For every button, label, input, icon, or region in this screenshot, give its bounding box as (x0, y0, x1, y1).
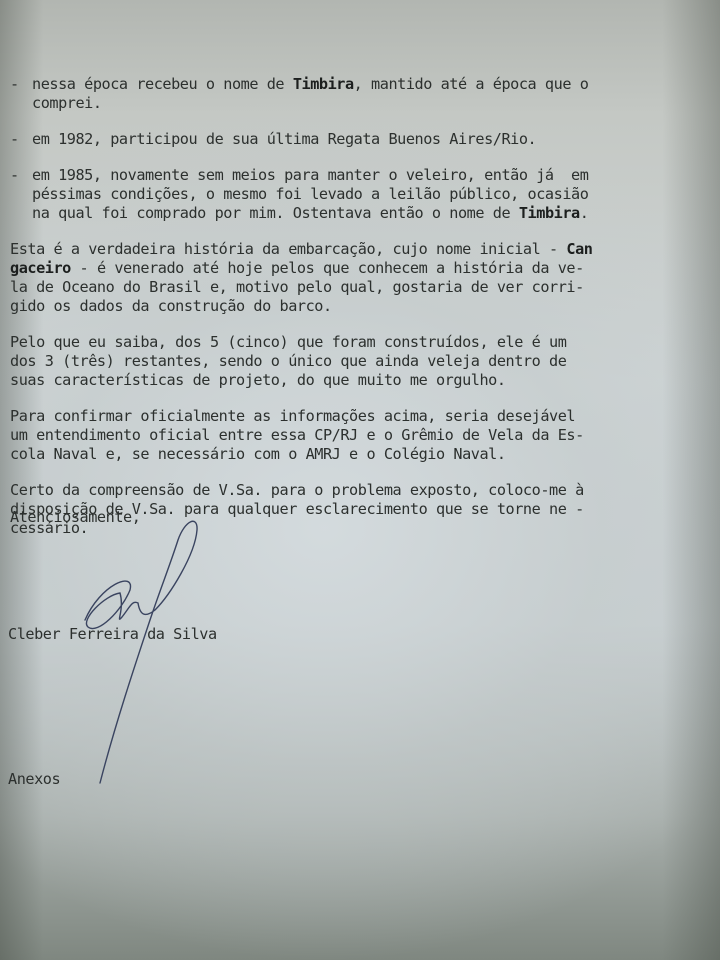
paragraph: Para confirmar oficialmente as informaçõ… (10, 407, 700, 464)
paragraph-list: Esta é a verdadeira história da embarcaç… (10, 240, 700, 538)
signer-name: Cleber Ferreira da Silva (8, 625, 217, 643)
bullet-list: -nessa época recebeu o nome de Timbira, … (10, 75, 700, 223)
text-run: em 1985, novamente sem meios para manter… (32, 166, 588, 184)
letter-body: -nessa época recebeu o nome de Timbira, … (10, 75, 700, 555)
bullet-text: em 1982, participou de sua última Regata… (32, 130, 536, 149)
text-run: dos 3 (três) restantes, sendo o único qu… (10, 352, 566, 370)
text-run: - é venerado até hoje pelos que conhecem… (71, 259, 584, 277)
text-run: em 1982, participou de sua última Regata… (32, 130, 536, 148)
paragraph: Esta é a verdadeira história da embarcaç… (10, 240, 700, 316)
bold-text: gaceiro (10, 259, 71, 277)
text-run: Pelo que eu saiba, dos 5 (cinco) que for… (10, 333, 566, 351)
text-run: nessa época recebeu o nome de (32, 75, 293, 93)
text-run: gido os dados da construção do barco. (10, 297, 332, 315)
bullet-item: -nessa época recebeu o nome de Timbira, … (10, 75, 700, 113)
bullet-text: em 1985, novamente sem meios para manter… (32, 166, 588, 223)
bold-text: Can (566, 240, 592, 258)
text-run: la de Oceano do Brasil e, motivo pelo qu… (10, 278, 584, 296)
text-run: suas características de projeto, do que … (10, 371, 506, 389)
bold-text: Timbira (519, 204, 580, 222)
text-run: Para confirmar oficialmente as informaçõ… (10, 407, 575, 425)
text-run: , mantido até a época que o (354, 75, 589, 93)
text-run: comprei. (32, 94, 102, 112)
text-run: péssimas condições, o mesmo foi levado a… (32, 185, 588, 203)
text-run: . (580, 204, 589, 222)
text-run: Certo da compreensão de V.Sa. para o pro… (10, 481, 584, 499)
bullet-item: -em 1982, participou de sua última Regat… (10, 130, 700, 149)
attachments-label: Anexos (8, 770, 60, 788)
text-run: Esta é a verdadeira história da embarcaç… (10, 240, 566, 258)
signature-icon (60, 515, 220, 790)
bullet-dash: - (10, 75, 32, 113)
text-run: na qual foi comprado por mim. Ostentava … (32, 204, 519, 222)
text-run: um entendimento oficial entre essa CP/RJ… (10, 426, 584, 444)
bold-text: Timbira (293, 75, 354, 93)
bullet-dash: - (10, 130, 32, 149)
bullet-item: -em 1985, novamente sem meios para mante… (10, 166, 700, 223)
paragraph: Pelo que eu saiba, dos 5 (cinco) que for… (10, 333, 700, 390)
text-run: cola Naval e, se necessário com o AMRJ e… (10, 445, 506, 463)
bullet-text: nessa época recebeu o nome de Timbira, m… (32, 75, 588, 113)
bullet-dash: - (10, 166, 32, 223)
